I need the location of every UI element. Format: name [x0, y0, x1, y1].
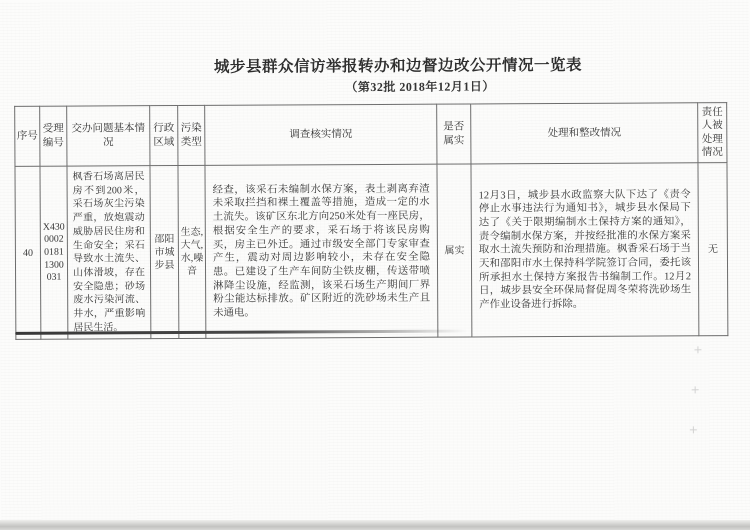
document-subtitle: （第32批 2018年12月1日）: [45, 76, 750, 97]
col-header-remediation: 处理和整改情况: [471, 103, 698, 164]
cell-case-no: X430 0002 0181 1300 031: [40, 166, 68, 340]
col-header-region: 行政区域: [150, 106, 178, 166]
col-header-case-no: 受理编号: [40, 106, 67, 166]
scanned-page: 城步县群众信访举报转办和边督边改公开情况一览表 （第32批 2018年12月1日…: [0, 0, 750, 530]
scan-speck: [692, 386, 699, 393]
report-table: 序号 受理编号 交办问题基本情况 行政区域 污染类型 调查核实情况 是否属实 处…: [14, 102, 728, 340]
col-header-responsible: 责任人被处理情况: [698, 103, 727, 163]
cell-remediation: 12月3日，城步县水政监察大队下达了《责令停止水事违法行为通知书》，城步县水保局…: [471, 163, 699, 338]
cell-investigation: 经查，该采石未编制水保方案，表土剥离弃渣未采取拦挡和裸土覆盖等措施，造成一定的水…: [205, 164, 438, 339]
table-row: 40 X430 0002 0181 1300 031 枫香石场离居民房不到200…: [15, 163, 728, 340]
cell-responsible: 无: [698, 163, 728, 337]
col-header-verified: 是否属实: [437, 104, 471, 164]
col-header-pollution-type: 污染类型: [178, 105, 205, 165]
cell-verified: 属实: [437, 164, 472, 338]
scanner-edge-shadow: [0, 520, 750, 530]
table-body: 40 X430 0002 0181 1300 031 枫香石场离居民房不到200…: [15, 163, 728, 340]
cell-problem: 枫香石场离居民房不到200米，采石场灰尘污染严重，放炮震动威胁居民住房和生命安全…: [67, 166, 151, 340]
col-header-problem: 交办问题基本情况: [67, 106, 150, 166]
cell-pollution-type: 生态,大气,水,噪音: [178, 165, 206, 339]
header-row: 序号 受理编号 交办问题基本情况 行政区域 污染类型 调查核实情况 是否属实 处…: [15, 103, 727, 167]
cell-seq: 40: [15, 166, 41, 340]
cell-region: 邵阳市城步县: [150, 166, 179, 340]
table-header: 序号 受理编号 交办问题基本情况 行政区域 污染类型 调查核实情况 是否属实 处…: [15, 103, 727, 167]
document-title: 城步县群众信访举报转办和边督边改公开情况一览表: [23, 52, 750, 78]
col-header-investigation: 调查核实情况: [205, 104, 437, 165]
scan-speck: [690, 426, 697, 433]
col-header-seq: 序号: [15, 106, 40, 166]
scan-speck: [694, 346, 701, 353]
